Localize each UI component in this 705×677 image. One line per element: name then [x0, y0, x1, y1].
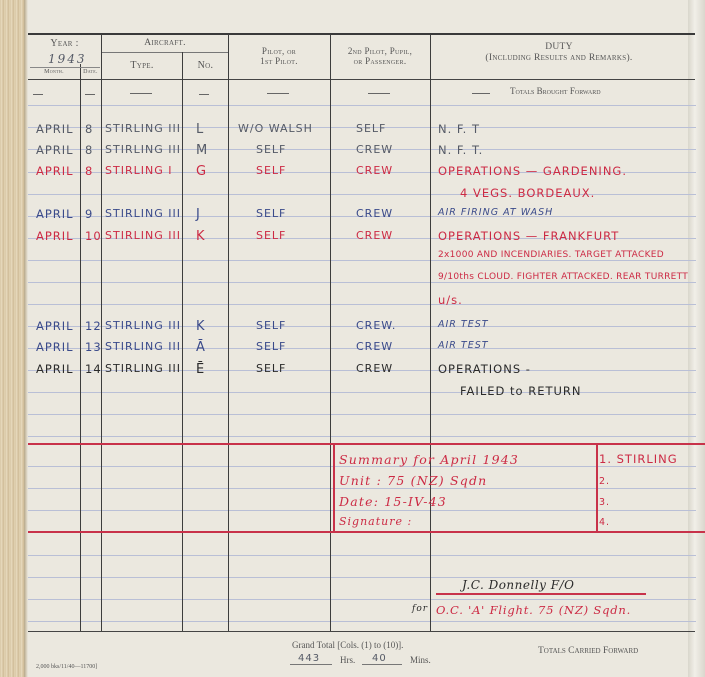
summary-left-line	[333, 443, 335, 532]
entry-duty: 2x1000 AND INCENDIARIES. TARGET ATTACKED	[438, 250, 664, 260]
no-label: No.	[183, 60, 228, 72]
entry-aircraft-no: K	[196, 319, 206, 334]
duty-label-line2: (Including Results and Remarks).	[430, 53, 688, 64]
summary-date: Date: 15-IV-43	[339, 494, 447, 509]
entry-duty: AIR FIRING AT WASH	[438, 207, 553, 218]
entry-pilot: SELF	[256, 340, 286, 353]
col-line-no-pilot	[228, 34, 229, 631]
entry-aircraft-no: L	[196, 122, 204, 137]
dash-type	[130, 93, 152, 94]
mins-label: Mins.	[410, 655, 431, 665]
dash-pilot	[267, 93, 289, 94]
entry-second-pilot: CREW	[356, 207, 393, 220]
summary-aircraft-4: 4.	[599, 517, 610, 528]
grand-total-mins: 40	[372, 653, 387, 664]
mins-underline	[362, 664, 402, 665]
entry-month: APRIL	[36, 319, 74, 333]
pilot-label: Pilot, or 1st Pilot.	[228, 46, 330, 67]
summary-aircraft-1: 1. STIRLING	[599, 452, 678, 466]
pilot-label-line2: 1st Pilot.	[228, 56, 330, 66]
col-line-pilot-second	[330, 34, 331, 631]
entry-aircraft-type: STIRLING III	[105, 362, 181, 375]
entry-pilot: SELF	[256, 319, 286, 332]
second-pilot-label: 2nd Pilot, Pupil, or Passenger.	[330, 46, 430, 67]
entry-aircraft-no: Ā	[196, 340, 206, 355]
entry-date: 13	[85, 340, 102, 354]
entry-second-pilot: CREW	[356, 229, 393, 242]
hours-underline	[290, 664, 332, 665]
pilot-label-line1: Pilot, or	[228, 46, 330, 56]
ruled-line	[28, 577, 696, 578]
dash-date	[85, 94, 95, 95]
dash-no	[199, 94, 209, 95]
summary-unit: Unit : 75 (NZ) Sqdn	[339, 473, 487, 488]
aircraft-subheader-line	[102, 52, 228, 53]
entry-month: APRIL	[36, 207, 74, 221]
entry-aircraft-type: STIRLING III	[105, 207, 181, 220]
year-divider	[30, 67, 100, 68]
entry-date: 8	[85, 164, 93, 178]
entry-aircraft-type: STIRLING III	[105, 143, 181, 156]
dash-second	[368, 93, 390, 94]
entry-aircraft-no: Ē	[196, 362, 205, 377]
grand-total-label: Grand Total [Cols. (1) to (10)].	[292, 640, 403, 650]
entry-month: APRIL	[36, 362, 74, 376]
dash-month	[33, 94, 43, 95]
dash-duty	[472, 93, 490, 94]
summary-signature-label: Signature :	[339, 515, 412, 528]
year-value: 1943	[48, 52, 87, 66]
duty-label: DUTY (Including Results and Remarks).	[430, 42, 688, 64]
entry-date: 8	[85, 122, 93, 136]
signature-underline	[436, 593, 646, 595]
entry-duty: AIR TEST	[438, 319, 489, 330]
ruled-line	[28, 194, 696, 195]
entry-second-pilot: SELF	[356, 122, 386, 135]
entry-duty: u/s.	[438, 293, 463, 307]
col-line-type-no	[182, 52, 183, 631]
entry-pilot: W/O WALSH	[238, 122, 313, 135]
ruled-line	[28, 621, 696, 622]
for-prefix: for	[412, 604, 428, 614]
officer-signature: J.C. Donnelly F/O	[462, 578, 574, 592]
summary-aircraft-2: 2.	[599, 476, 610, 487]
entry-month: APRIL	[36, 229, 74, 243]
entry-aircraft-type: STIRLING III	[105, 340, 181, 353]
summary-bottom-line	[28, 531, 705, 533]
entry-duty: OPERATIONS — GARDENING.	[438, 164, 627, 178]
duty-label-line1: DUTY	[430, 42, 688, 53]
grand-total-hours: 443	[298, 653, 320, 664]
entry-duty: N. F. T	[438, 122, 480, 136]
entry-date: 8	[85, 143, 93, 157]
entry-month: APRIL	[36, 164, 74, 178]
summary-top-line	[28, 443, 705, 445]
ruled-line	[28, 282, 696, 283]
second-pilot-label-line2: or Passenger.	[330, 56, 430, 66]
ruled-line	[28, 392, 696, 393]
entry-duty: 9/10ths CLOUD. FIGHTER ATTACKED. REAR TU…	[438, 272, 688, 282]
entry-second-pilot: CREW	[356, 164, 393, 177]
entry-second-pilot: CREW.	[356, 319, 396, 332]
ruled-line	[28, 304, 696, 305]
page-fold	[688, 0, 705, 677]
ruled-line	[28, 436, 696, 437]
date-label: Date.	[80, 69, 101, 76]
entry-duty: OPERATIONS — FRANKFURT	[438, 229, 619, 243]
entry-second-pilot: CREW	[356, 362, 393, 375]
bottom-border	[28, 631, 695, 632]
totals-carried-forward: Totals Carried Forward	[538, 646, 638, 656]
entry-aircraft-type: STIRLING III	[105, 229, 181, 242]
col-line-month-date	[80, 64, 81, 631]
entry-date: 12	[85, 319, 102, 333]
print-reference: 2,000 bks/11/40—11700]	[36, 664, 97, 670]
summary-title: Summary for April 1943	[339, 452, 519, 467]
col-line-second-duty	[430, 34, 431, 631]
entry-pilot: SELF	[256, 362, 286, 375]
entry-aircraft-no: M	[196, 143, 208, 158]
top-border	[28, 33, 695, 35]
binding-shadow	[24, 0, 28, 677]
entry-pilot: SELF	[256, 207, 286, 220]
aircraft-label: Aircraft.	[102, 38, 228, 49]
entry-aircraft-no: K	[196, 229, 206, 244]
entry-duty: N. F. T.	[438, 143, 483, 157]
year-label: Year :	[28, 38, 101, 50]
entry-second-pilot: CREW	[356, 143, 393, 156]
ruled-line	[28, 260, 696, 261]
entry-duty: 4 VEGS. BORDEAUX.	[460, 186, 595, 200]
logbook-page: Year : 1943 Month. Date. Aircraft. Type.…	[0, 0, 705, 677]
entry-duty: OPERATIONS -	[438, 362, 531, 376]
page-stack-edge	[0, 0, 24, 677]
summary-aircraft-3: 3.	[599, 497, 610, 508]
entry-date: 9	[85, 207, 93, 221]
ruled-line	[28, 414, 696, 415]
ruled-line	[28, 105, 696, 106]
entry-pilot: SELF	[256, 143, 286, 156]
officer-title: O.C. 'A' Flight. 75 (NZ) Sqdn.	[436, 603, 631, 617]
entry-pilot: SELF	[256, 229, 286, 242]
ruled-line	[28, 555, 696, 556]
entry-aircraft-no: G	[196, 164, 207, 179]
totals-brought-forward: Totals Brought Forward	[510, 86, 601, 96]
entry-date: 10	[85, 229, 102, 243]
hours-label: Hrs.	[340, 655, 355, 665]
entry-second-pilot: CREW	[356, 340, 393, 353]
second-pilot-label-line1: 2nd Pilot, Pupil,	[330, 46, 430, 56]
summary-divider-line	[596, 443, 598, 532]
entry-aircraft-type: STIRLING III	[105, 122, 181, 135]
month-label: Month.	[28, 69, 80, 76]
entry-month: APRIL	[36, 143, 74, 157]
entry-date: 14	[85, 362, 102, 376]
entry-duty: FAILED to RETURN	[460, 384, 582, 398]
type-label: Type.	[102, 60, 182, 72]
entry-month: APRIL	[36, 122, 74, 136]
entry-pilot: SELF	[256, 164, 286, 177]
ruled-line	[28, 599, 696, 600]
entry-aircraft-type: STIRLING I	[105, 164, 172, 177]
entry-aircraft-type: STIRLING III	[105, 319, 181, 332]
entry-month: APRIL	[36, 340, 74, 354]
entry-duty: AIR TEST	[438, 340, 489, 351]
header-bottom-border	[28, 79, 695, 80]
entry-aircraft-no: J	[196, 207, 201, 222]
